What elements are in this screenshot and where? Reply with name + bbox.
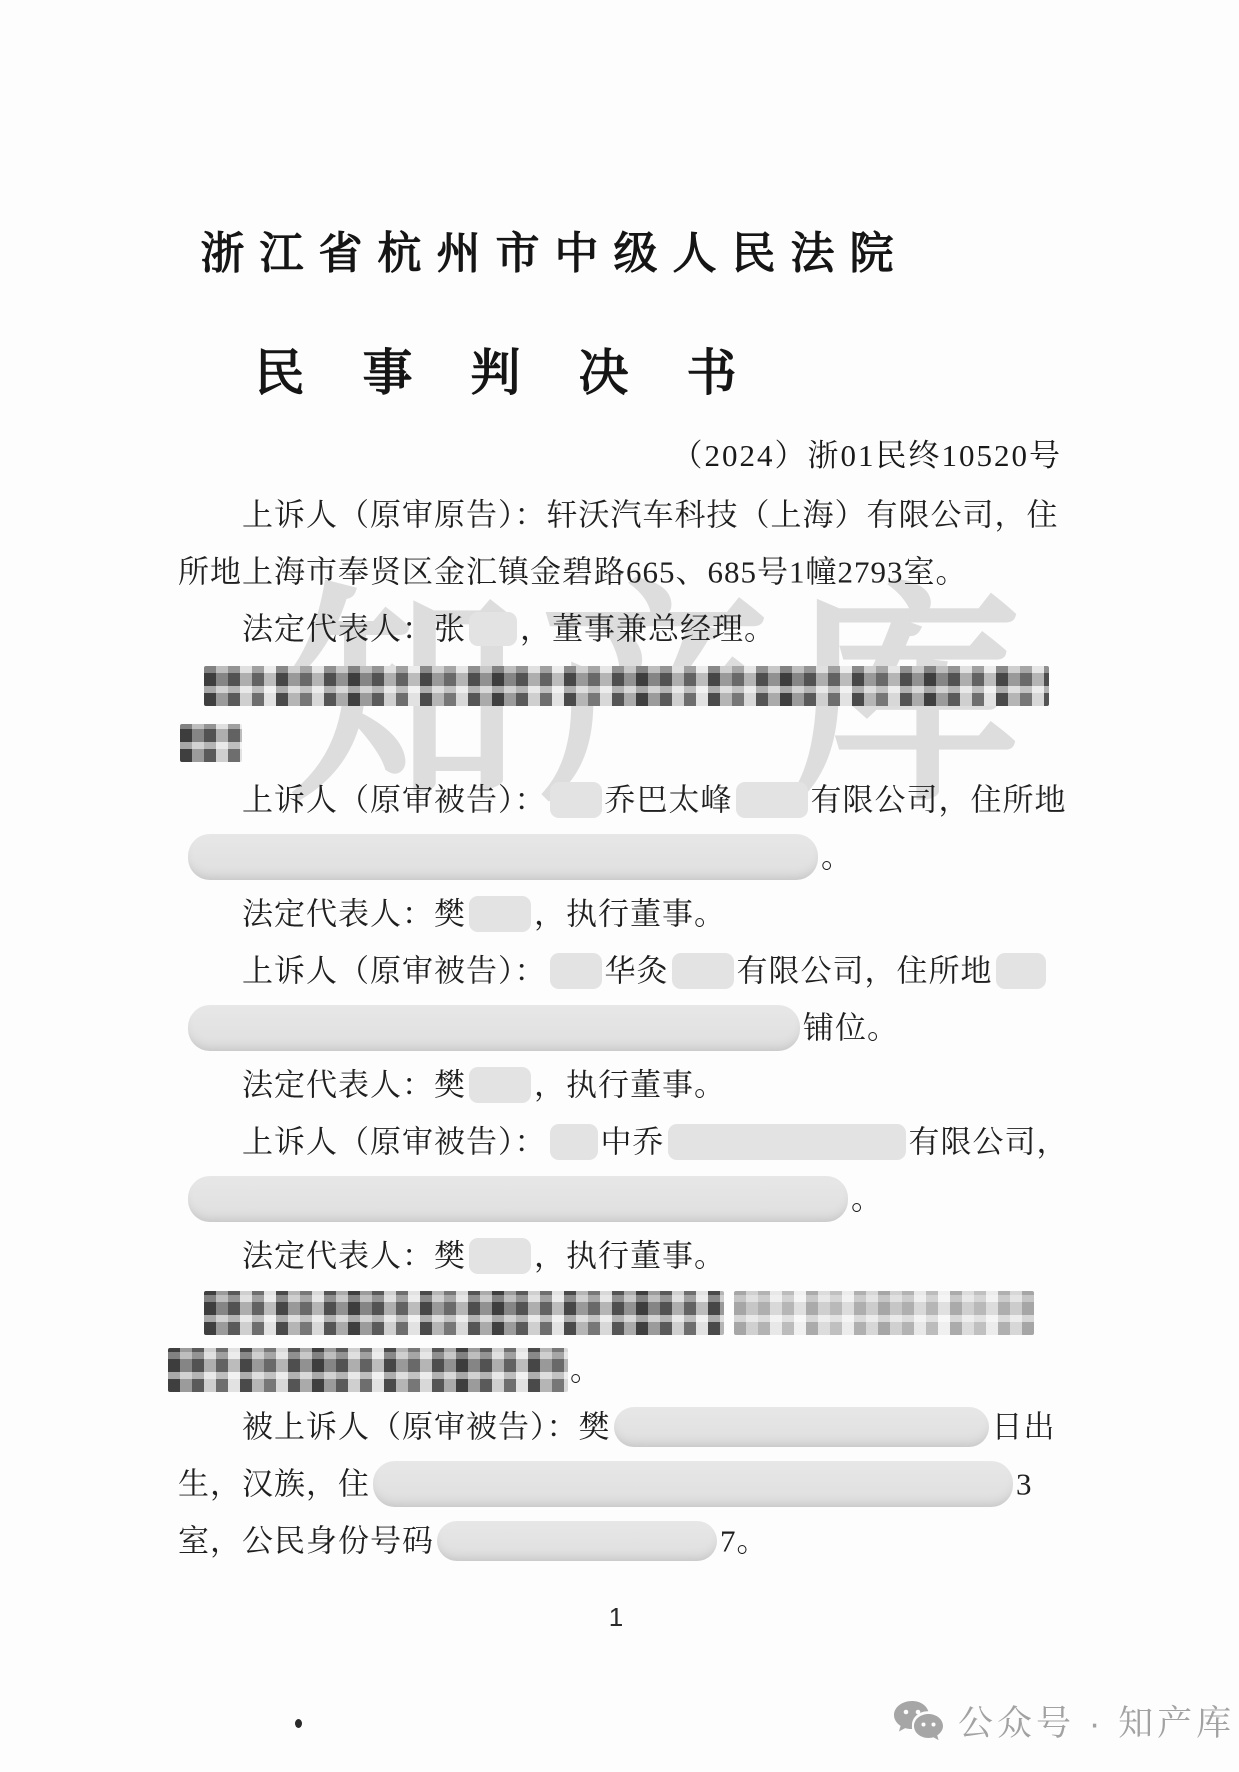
redaction-blob (614, 1407, 989, 1447)
redaction-blob (469, 1238, 531, 1274)
document-line: 法定代表人：樊，执行董事。 (178, 1224, 1078, 1281)
text-run: 生，汉族，住 (178, 1466, 370, 1501)
redaction-blob (736, 782, 808, 818)
text-run: 上诉人（原审被告）： (242, 953, 547, 988)
text-run: 有限公司，住所地 (737, 953, 993, 988)
document-line: 铺位。 (178, 996, 1078, 1053)
text-run: ，执行董事。 (534, 896, 726, 931)
redaction-blob (550, 1124, 598, 1160)
document-line: 。 (178, 1167, 1078, 1224)
document-line: 上诉人（原审原告）：轩沃汽车科技（上海）有限公司，住 (178, 483, 1078, 540)
document-line: 法定代表人：樊，执行董事。 (178, 882, 1078, 939)
document-line: 。 (178, 1338, 1078, 1395)
text-run: 。 (570, 1352, 602, 1387)
document-line: 上诉人（原审被告）：中乔有限公司， (178, 1110, 1078, 1167)
text-run: 中乔 (601, 1124, 665, 1159)
text-run: 上诉人（原审被告）： (242, 1124, 547, 1159)
pixelated-redaction (204, 666, 1049, 706)
text-run: 法定代表人：樊 (242, 1238, 466, 1273)
document-line (178, 1281, 1078, 1338)
redaction-blob (469, 1067, 531, 1103)
text-run: 所地上海市奉贤区金汇镇金碧路665、685号1幢2793室。 (178, 554, 968, 589)
text-run: 上诉人（原审原告）：轩沃汽车科技（上海）有限公司，住 (242, 497, 1059, 532)
document-line: 法定代表人：樊，执行董事。 (178, 1053, 1078, 1110)
redaction-blob (437, 1521, 717, 1561)
scan-speck (295, 1719, 302, 1728)
text-run: ，执行董事。 (534, 1067, 726, 1102)
text-run: 法定代表人：樊 (242, 1067, 466, 1102)
text-run: 有限公司，住所地 (811, 782, 1067, 817)
text-run: 法定代表人：张 (242, 611, 466, 646)
text-run: 铺位。 (803, 1010, 899, 1045)
redaction-blob (188, 1005, 800, 1051)
document-line: 上诉人（原审被告）：乔巴太峰有限公司，住所地 (178, 768, 1078, 825)
redaction-blob (668, 1124, 906, 1160)
document-line: 室，公民身份号码7。 (178, 1509, 1078, 1566)
pixelated-redaction (204, 1291, 724, 1335)
redaction-blob (550, 782, 602, 818)
pixelated-redaction (168, 1348, 568, 1392)
text-run: 。 (821, 839, 853, 874)
footer-brand: 公众号 · 知产库 (890, 1694, 1235, 1748)
document-line: 上诉人（原审被告）：华灸有限公司，住所地 (178, 939, 1078, 996)
document-line: 被上诉人（原审被告）：樊日出 (178, 1395, 1078, 1452)
text-run: 华灸 (605, 953, 669, 988)
case-number: （2024）浙01民终10520号 (0, 430, 1239, 475)
redaction-blob (550, 953, 602, 989)
text-run: 室，公民身份号码 (178, 1523, 434, 1558)
text-run: 乔巴太峰 (605, 782, 733, 817)
redaction-blob (996, 953, 1046, 989)
redaction-blob (672, 953, 734, 989)
page-number: 1 (596, 1602, 636, 1633)
redaction-blob (469, 612, 517, 646)
text-run: 被上诉人（原审被告）：樊 (242, 1409, 611, 1444)
document-body: 上诉人（原审原告）：轩沃汽车科技（上海）有限公司，住所地上海市奉贤区金汇镇金碧路… (178, 483, 1078, 1566)
document-line: 所地上海市奉贤区金汇镇金碧路665、685号1幢2793室。 (178, 540, 1078, 597)
document-line (178, 711, 1078, 768)
document-type-title: 民事判决书 (0, 333, 1239, 405)
document-line: 法定代表人：张，董事兼总经理。 (178, 597, 1078, 654)
redaction-blob (469, 896, 531, 932)
text-run: 法定代表人：樊 (242, 896, 466, 931)
redaction-blob (188, 834, 818, 880)
wechat-icon (890, 1697, 946, 1745)
text-run: 。 (851, 1181, 883, 1216)
pixelated-redaction (180, 724, 242, 762)
redaction-blob (188, 1176, 848, 1222)
pixelated-redaction (734, 1291, 1034, 1335)
text-run: ，董事兼总经理。 (520, 611, 776, 646)
redaction-blob (373, 1461, 1013, 1507)
footer-brand-label: 公众号 · 知产库 (958, 1696, 1235, 1746)
text-run: 3 (1016, 1466, 1033, 1501)
text-run: ，执行董事。 (534, 1238, 726, 1273)
document-line: 。 (178, 825, 1078, 882)
judgment-scan-page: 知产库 浙江省杭州市中级人民法院 民事判决书 （2024）浙01民终10520号… (0, 0, 1239, 1772)
document-line: 生，汉族，住3 (178, 1452, 1078, 1509)
text-run: 上诉人（原审被告）： (242, 782, 547, 817)
text-run: 日出 (992, 1409, 1056, 1444)
court-title: 浙江省杭州市中级人民法院 (0, 217, 1239, 281)
text-run: 7。 (720, 1523, 769, 1558)
text-run: 有限公司， (909, 1124, 1069, 1159)
document-line (178, 654, 1078, 711)
